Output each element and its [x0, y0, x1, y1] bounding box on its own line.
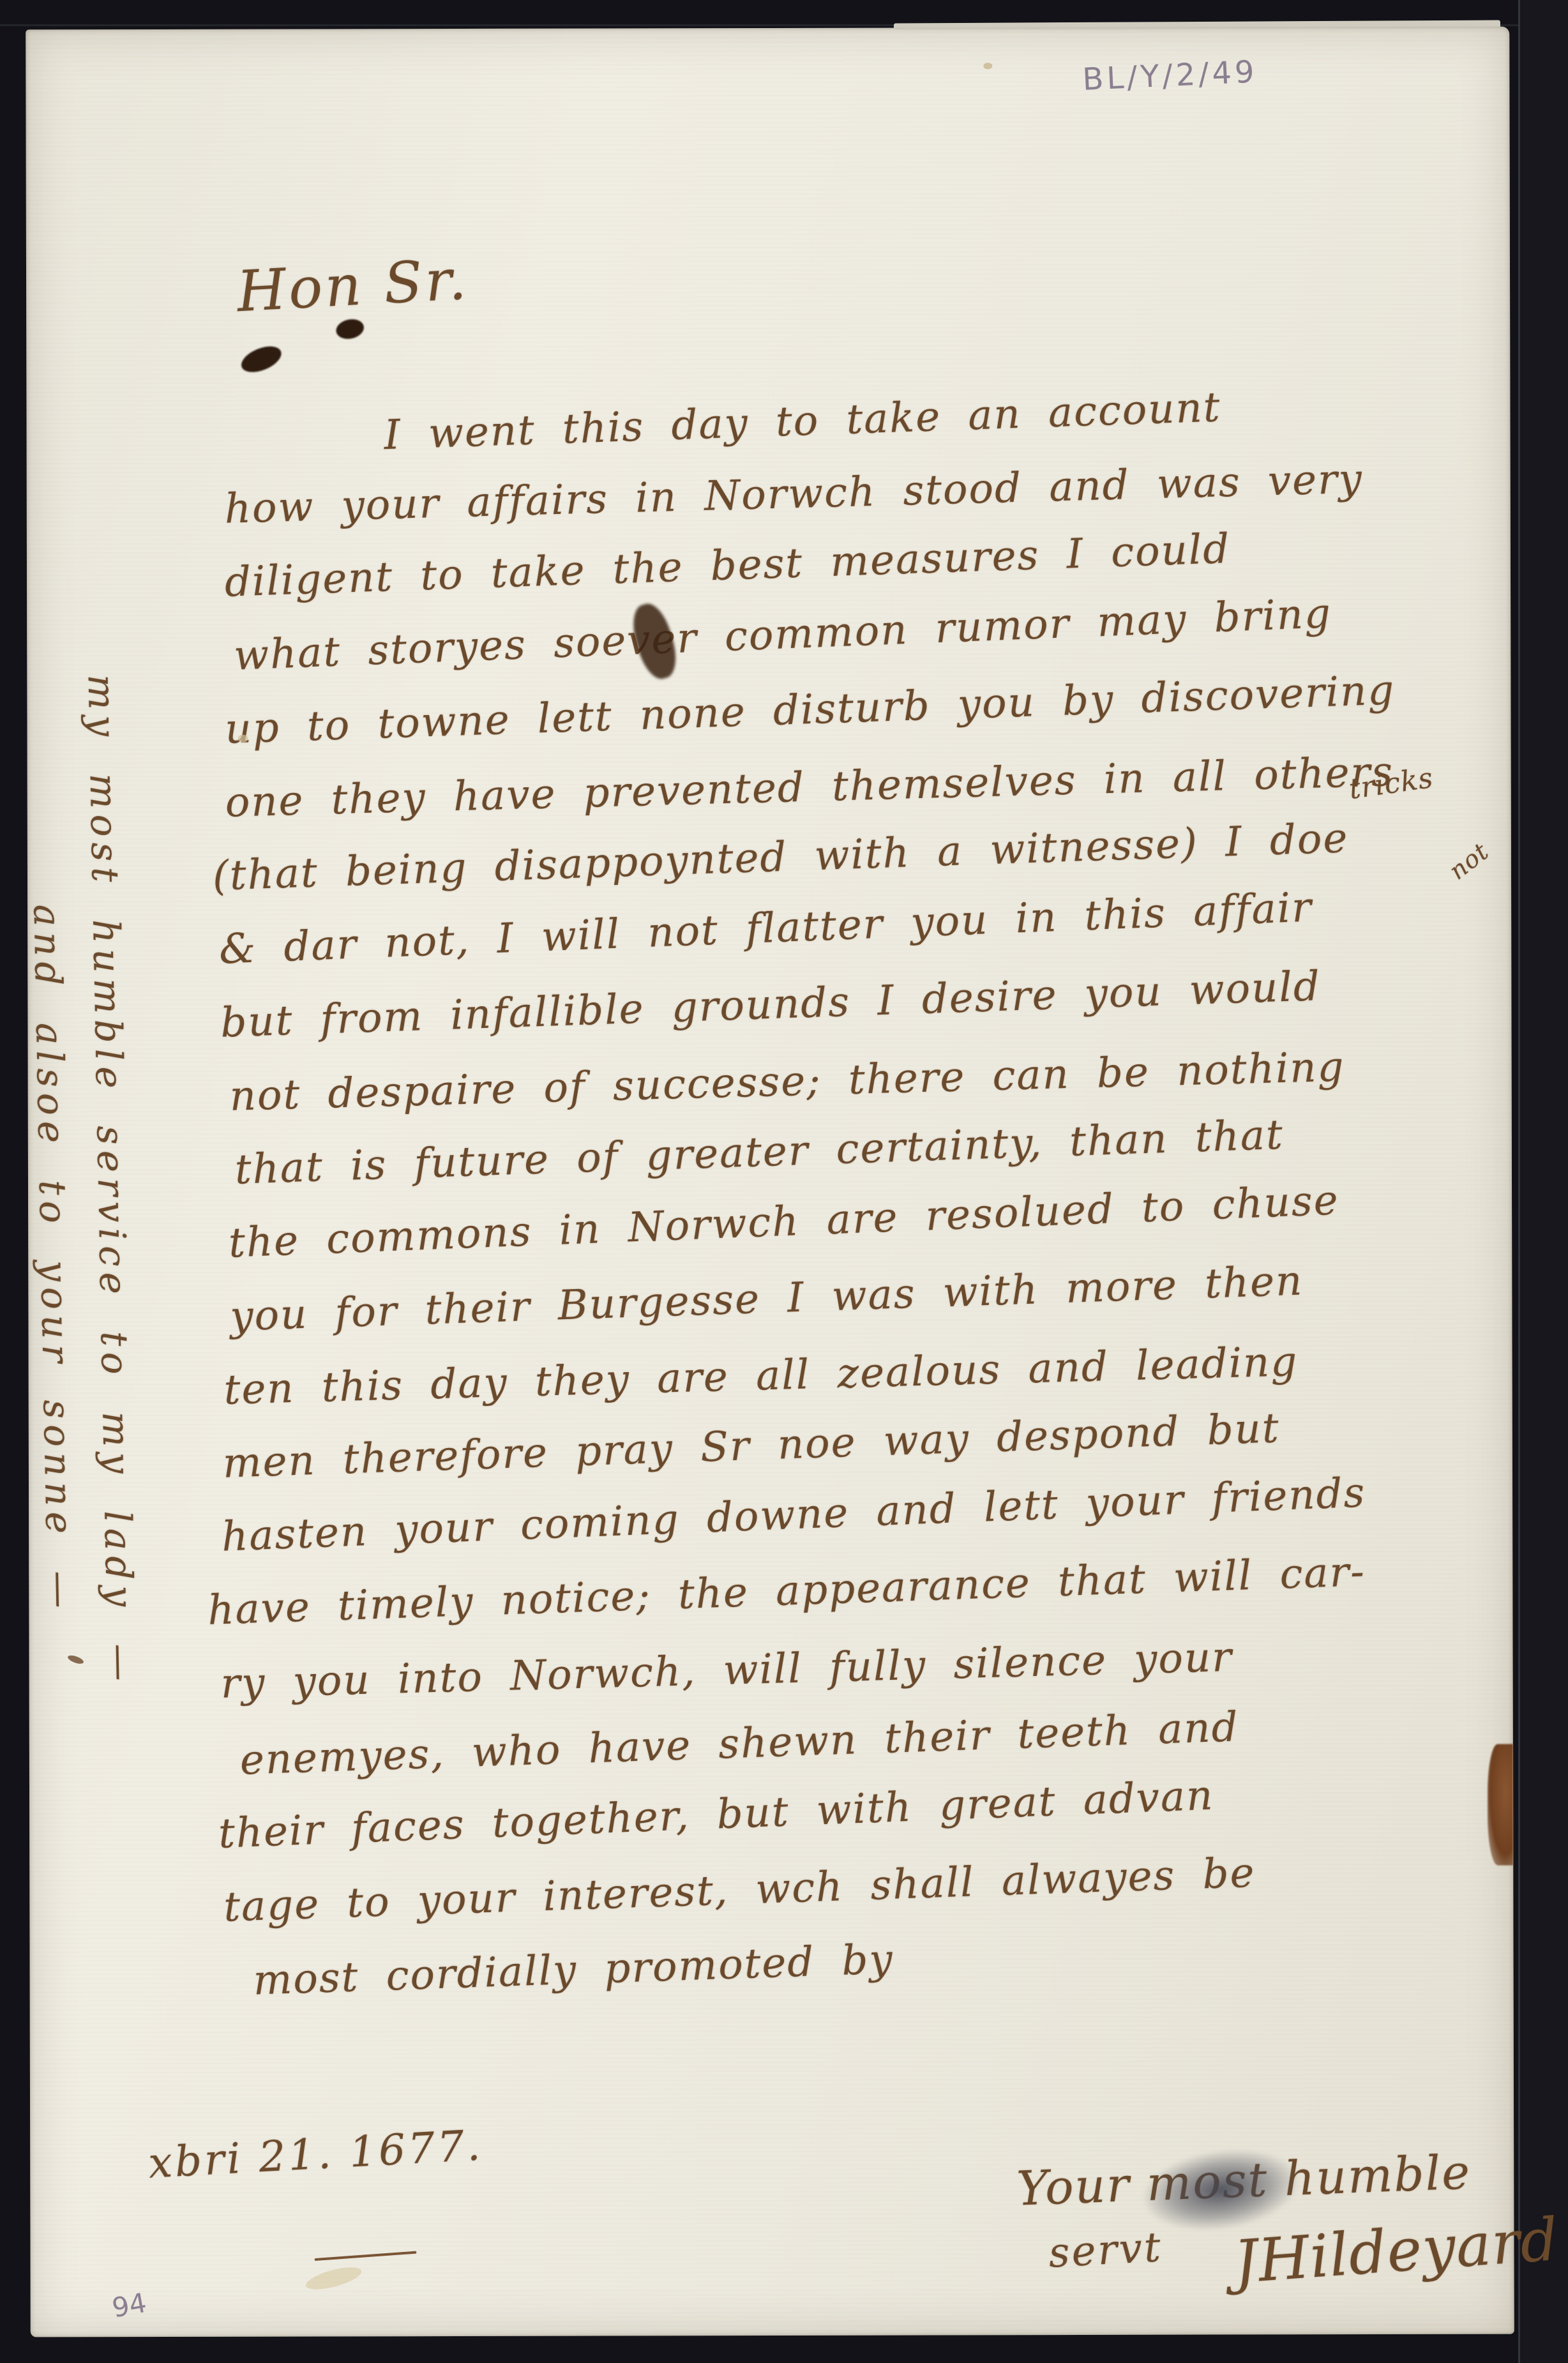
photograph-of-letter: BL/Y/2/49 Hon Sr. I went this day to tak… [0, 0, 1568, 2363]
letter-line: I went this day to take an account [383, 384, 1221, 459]
letter-line: & dar not, I will not flatter you in thi… [218, 884, 1313, 973]
salutation: Hon Sr. [236, 246, 471, 325]
closing-servt: servt [1048, 2224, 1164, 2277]
letter-line: one they have prevented themselves in al… [225, 748, 1394, 827]
paper-speck [238, 735, 248, 743]
letter-line: the commons in Norwch are resolued to ch… [228, 1177, 1340, 1267]
backdrop-board-edge [1518, 0, 1568, 2363]
paper-speck [67, 1654, 85, 1665]
letter-line: (that being disappoynted with a witnesse… [212, 815, 1350, 900]
letter-line: have timely notice; the appearance that … [207, 1548, 1366, 1634]
paper-speck [983, 63, 992, 69]
letter-line: not despaire of successe; there can be n… [229, 1043, 1346, 1120]
letter-line: their faces together, but with great adv… [218, 1772, 1215, 1857]
archive-reference-pencil: BL/Y/2/49 [1082, 54, 1258, 97]
letter-line: diligent to take the best measures I cou… [224, 525, 1232, 607]
ink-blot [335, 317, 366, 342]
letter-line: you for their Burgesse I was with more t… [229, 1257, 1304, 1340]
date-underline-flourish [315, 2251, 417, 2261]
letter-line: hasten your coming downe and lett your f… [221, 1469, 1367, 1560]
letter-line: what storyes soever common rumor may bri… [233, 590, 1332, 680]
paper-speck [304, 2263, 364, 2294]
letter-line: most cordially promoted by [252, 1936, 894, 2005]
letter-line: but from infallible grounds I desire you… [220, 963, 1322, 1047]
ink-blot [237, 341, 285, 377]
letter-line: ten this day they are all zealous and le… [223, 1338, 1299, 1414]
edge-stain [1488, 1744, 1513, 1866]
letter-line: up to towne lett none disturb you by dis… [224, 667, 1396, 753]
date-line: xbri 21. 1677. [147, 2120, 483, 2187]
letter-page: BL/Y/2/49 Hon Sr. I went this day to tak… [26, 27, 1514, 2337]
letter-body: I went this day to take an account how y… [224, 410, 1498, 2104]
margin-note-sonne: and alsoe to your sonne — [25, 904, 82, 1614]
letter-line: tage to your interest, wch shall alwayes… [223, 1850, 1256, 1931]
letter-line: ry you into Norwch, will fully silence y… [220, 1634, 1233, 1708]
letter-line: how your affairs in Norwch stood and was… [224, 455, 1364, 532]
letter-line: men therefore pray Sr noe way despond bu… [222, 1405, 1281, 1487]
letter-line: enemyes, who have shewn their teeth and [239, 1703, 1240, 1784]
margin-note-lady: my most humble service to my lady — [80, 674, 143, 1687]
folio-number-pencil: 94 [110, 2287, 149, 2324]
letter-line: that is future of greater certainty, tha… [234, 1112, 1285, 1194]
